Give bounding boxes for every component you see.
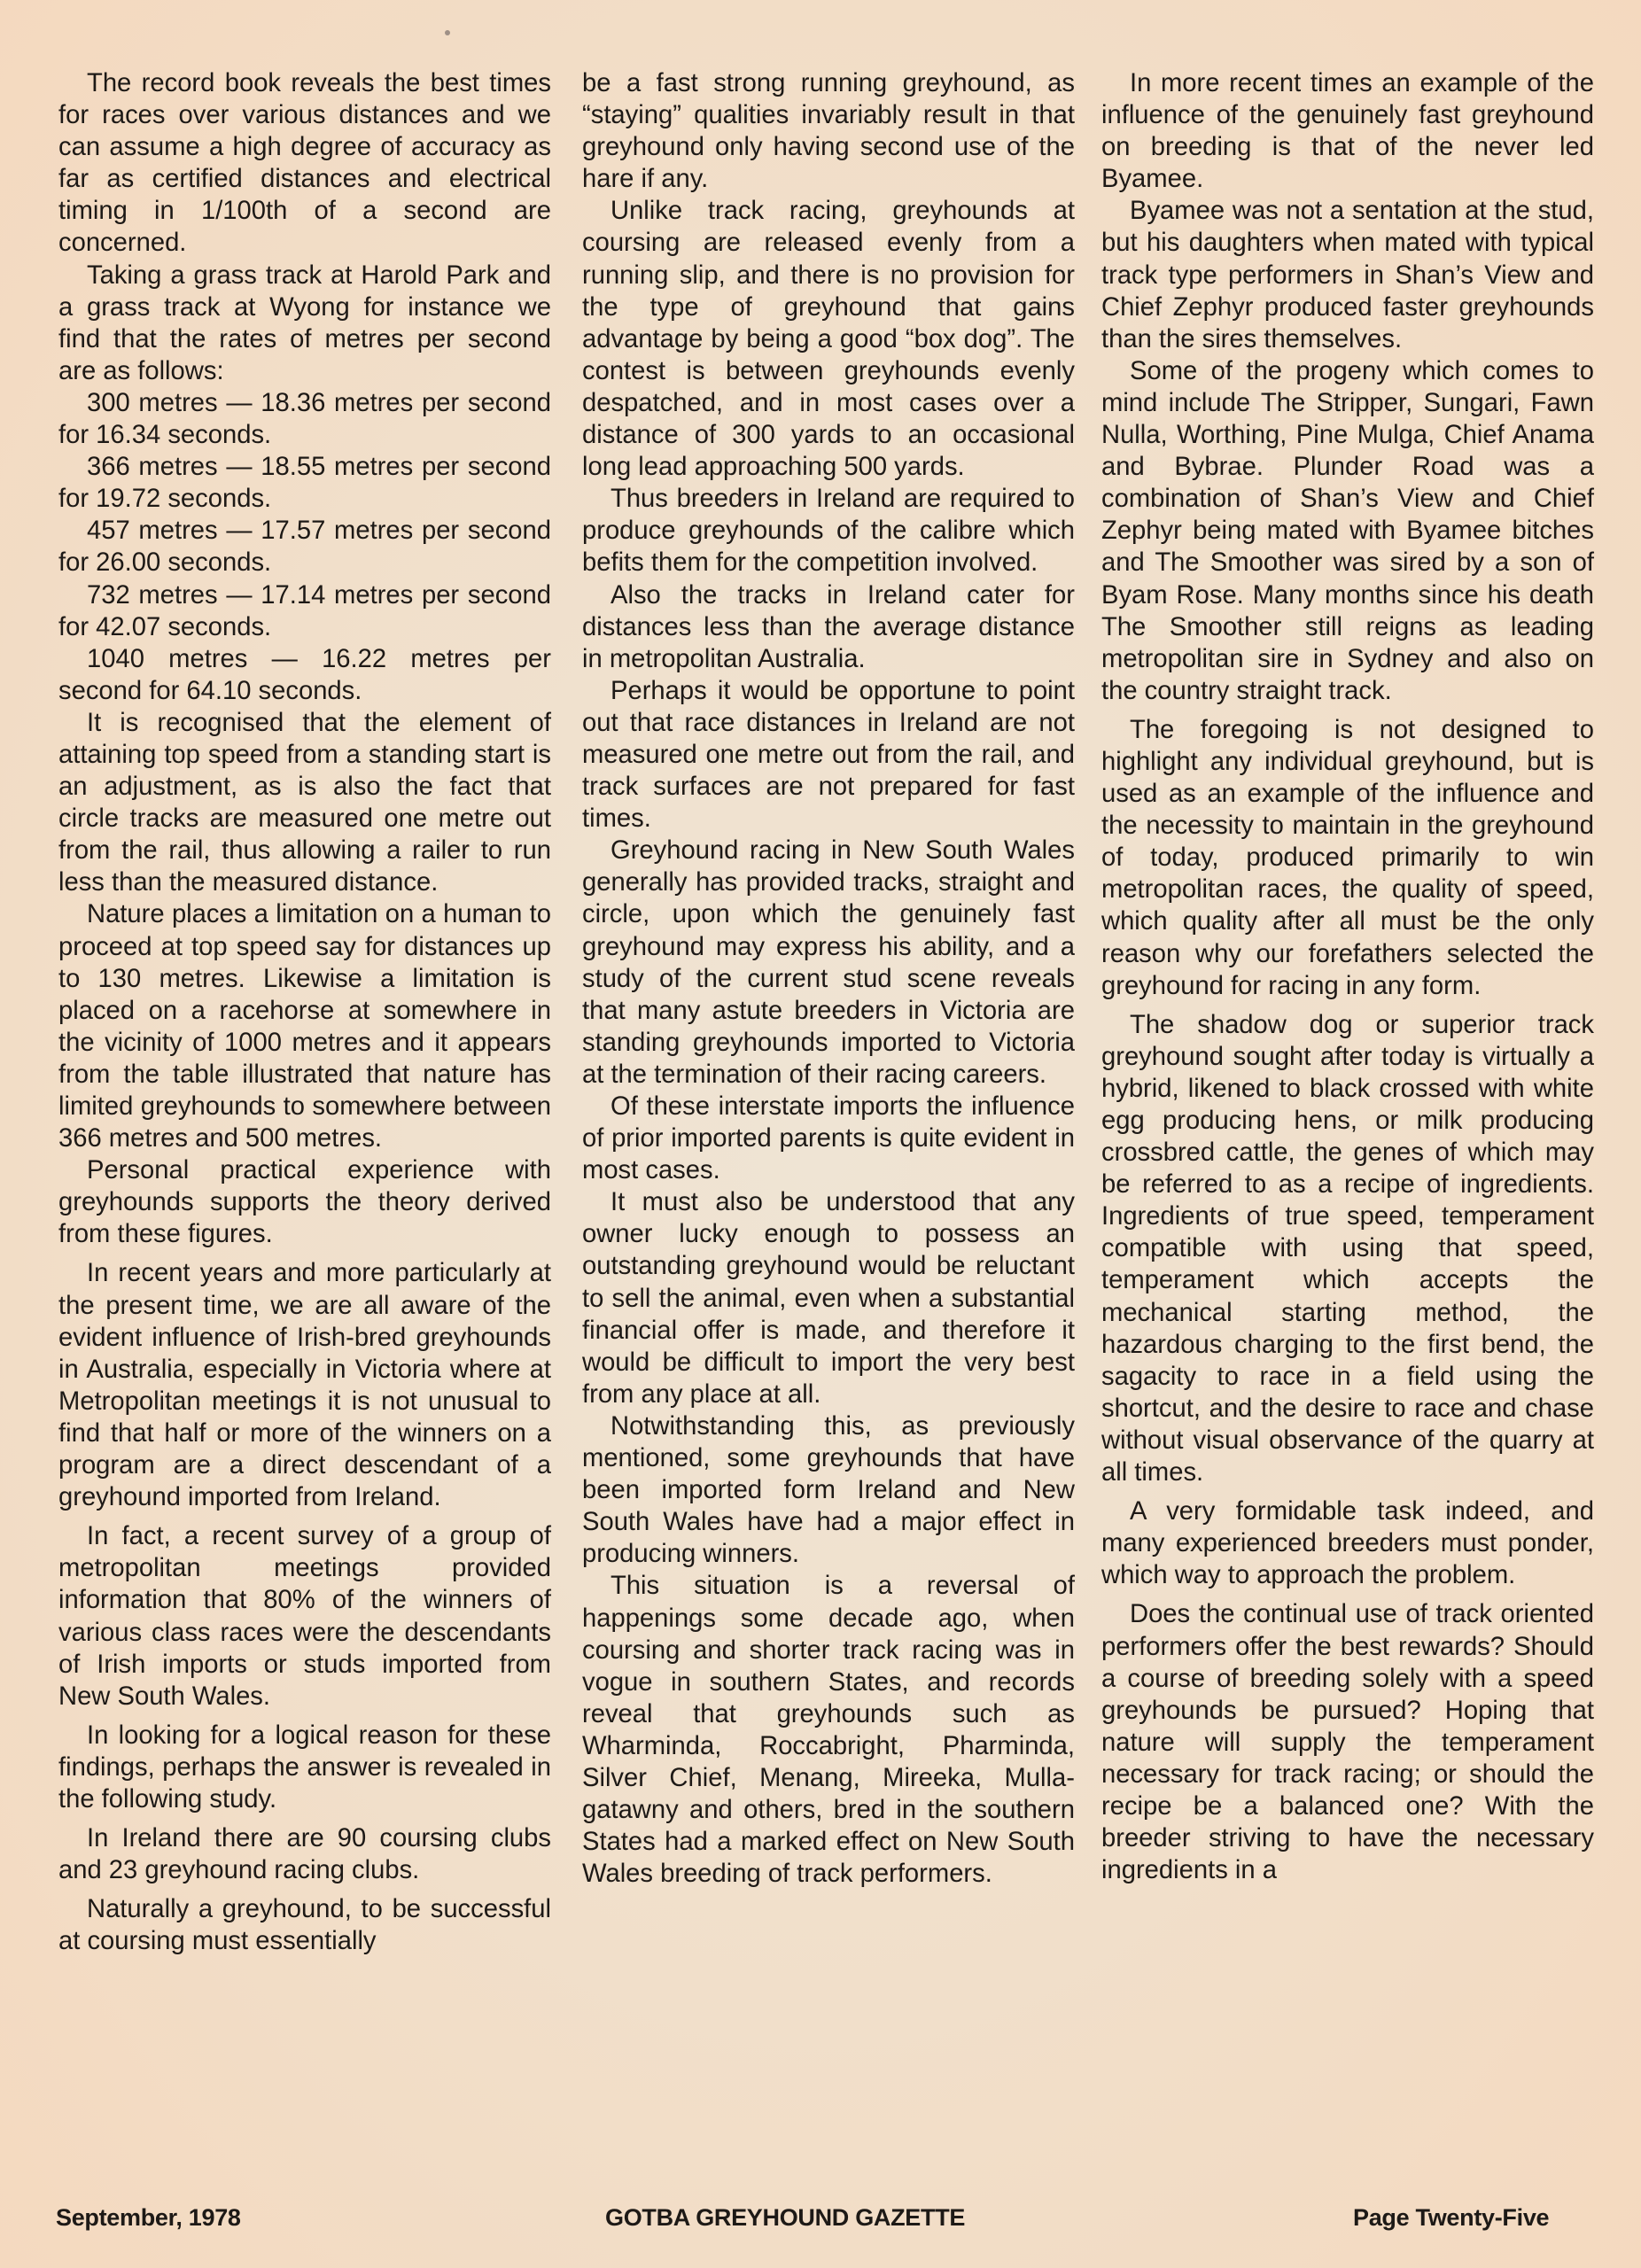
paragraph: In looking for a logical reason for thes… — [58, 1720, 551, 1815]
print-speck — [445, 30, 450, 35]
paragraph: The record book reveals the best times f… — [58, 67, 551, 260]
paragraph: Some of the progeny which comes to mind … — [1101, 355, 1594, 707]
paragraph: The shadow dog or superior track greyhou… — [1101, 1009, 1594, 1488]
article-column-right: In more recent times an example of the i… — [1101, 67, 1594, 1886]
paragraph: Greyhound racing in New South Wales gene… — [582, 835, 1075, 1091]
paragraph: Taking a grass track at Harold Park and … — [58, 260, 551, 387]
footer-publication-title: GOTBA GREYHOUND GAZETTE — [605, 2204, 965, 2232]
paragraph: Of these interstate imports the influenc… — [582, 1091, 1075, 1186]
speed-table-row: 366 metres — 18.55 metres per second for… — [58, 451, 551, 515]
footer-date: September, 1978 — [56, 2204, 241, 2232]
paragraph-continued: be a fast strong running greyhound, as “… — [582, 67, 1075, 195]
paragraph: Unlike track racing, greyhounds at cours… — [582, 195, 1075, 483]
paragraph: In recent years and more particularly at… — [58, 1257, 551, 1513]
paragraph: Does the continual use of track oriented… — [1101, 1598, 1594, 1886]
paragraph: Personal practical experience with greyh… — [58, 1154, 551, 1250]
paragraph: Byamee was not a sentation at the stud, … — [1101, 195, 1594, 354]
speed-table-row: 300 metres — 18.36 metres per second for… — [58, 387, 551, 451]
paragraph: Thus breeders in Ireland are required to… — [582, 483, 1075, 579]
paragraph: The foregoing is not designed to highlig… — [1101, 714, 1594, 1002]
speed-table-row: 1040 metres — 16.22 metres per second fo… — [58, 643, 551, 707]
paragraph: It is recognised that the element of att… — [58, 707, 551, 899]
paragraph: In fact, a recent survey of a group of m… — [58, 1520, 551, 1713]
paragraph: Perhaps it would be opportune to point o… — [582, 675, 1075, 835]
paragraph: Naturally a greyhound, to be suc­cessful… — [58, 1893, 551, 1957]
paragraph: Notwithstanding this, as pre­viously men… — [582, 1410, 1075, 1570]
speed-table-row: 732 metres — 17.14 metres per second for… — [58, 579, 551, 643]
paragraph: In more recent times an example of the i… — [1101, 67, 1594, 195]
footer-page-number: Page Twenty-Five — [1353, 2204, 1549, 2232]
paragraph: It must also be understood that any owne… — [582, 1186, 1075, 1410]
paragraph: In Ireland there are 90 coursing clubs a… — [58, 1822, 551, 1886]
speed-table-row: 457 metres — 17.57 metres per second for… — [58, 515, 551, 579]
paragraph: Also the tracks in Ireland cater for dis… — [582, 579, 1075, 675]
article-column-left: The record book reveals the best times f… — [58, 67, 551, 1957]
paragraph: Nature places a limitation on a human to… — [58, 898, 551, 1154]
paragraph: This situation is a reversal of happenin… — [582, 1570, 1075, 1890]
article-column-middle: be a fast strong running greyhound, as “… — [582, 67, 1075, 1890]
paragraph: A very formidable task indeed, and many … — [1101, 1495, 1594, 1591]
